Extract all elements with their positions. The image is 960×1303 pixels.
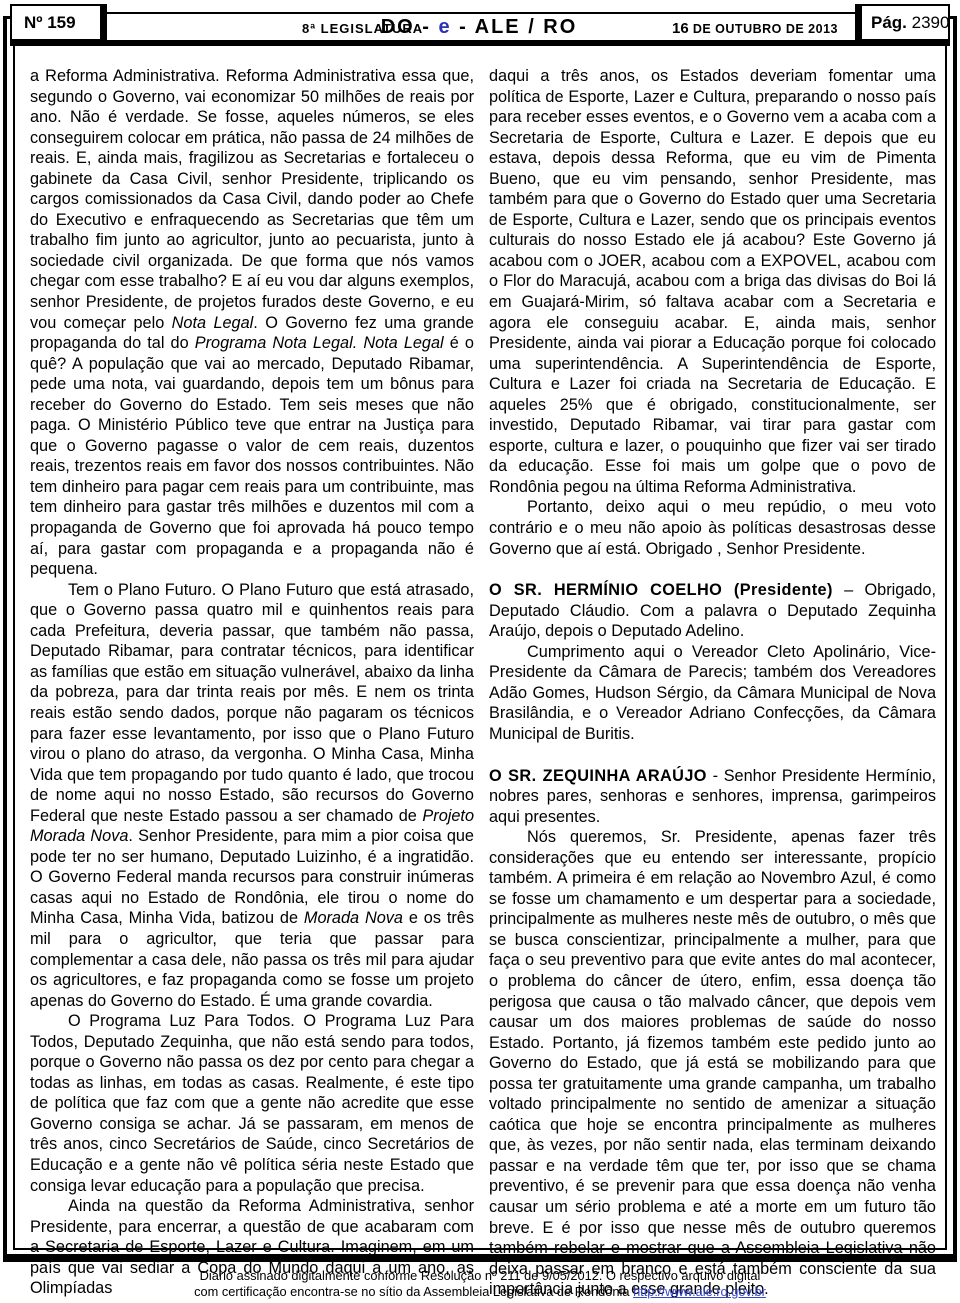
paragraph: Tem o Plano Futuro. O Plano Futuro que e…	[30, 580, 474, 1011]
text-run: Portanto, deixo aqui o meu repúdio, o me…	[489, 498, 936, 557]
masthead-e-letter: e	[438, 16, 451, 38]
issue-date: 16 DE OUTUBRO DE 2013	[672, 20, 838, 38]
text-run: Tem o Plano Futuro. O Plano Futuro que e…	[30, 581, 474, 825]
footer-line-1: Diário assinado digitalmente conforme Re…	[0, 1268, 960, 1284]
text-run: O Programa Luz Para Todos. O Programa Lu…	[30, 1012, 474, 1194]
text-run: Nós queremos, Sr. Presidente, apenas faz…	[489, 828, 936, 1298]
header-band: 8ª LEGISLATURA DO - e - ALE / RO 16 DE O…	[96, 12, 862, 46]
speaker-name: O SR. HERMÍNIO COELHO (Presidente)	[489, 581, 833, 599]
ale-website-link[interactable]: http://www.ale.ro.gov.br	[633, 1284, 766, 1299]
paragraph: Cumprimento aqui o Vereador Cleto Apolin…	[489, 642, 936, 745]
speaker-paragraph: O SR. HERMÍNIO COELHO (Presidente) – Obr…	[489, 580, 936, 642]
text-run: Morada Nova	[304, 909, 403, 927]
text-run: Cumprimento aqui o Vereador Cleto Apolin…	[489, 643, 936, 743]
footer-signature-note: Diário assinado digitalmente conforme Re…	[0, 1268, 960, 1300]
paragraph: Nós queremos, Sr. Presidente, apenas faz…	[489, 827, 936, 1300]
footer-line-2: com certificação encontra-se no sítio da…	[0, 1284, 960, 1300]
text-column-right: daqui a três anos, os Estados deveriam f…	[489, 66, 936, 1300]
masthead-title: DO - e - ALE / RO	[381, 16, 578, 39]
text-column-left: a Reforma Administrativa. Reforma Admini…	[30, 66, 474, 1299]
text-run: daqui a três anos, os Estados deveriam f…	[489, 67, 936, 496]
paragraph: O Programa Luz Para Todos. O Programa Lu…	[30, 1011, 474, 1196]
paragraph: a Reforma Administrativa. Reforma Admini…	[30, 66, 474, 580]
speaker-paragraph: O SR. ZEQUINHA ARAÚJO - Senhor President…	[489, 766, 936, 828]
text-run: é o quê? A população que vai ao mercado,…	[30, 334, 474, 578]
paragraph: daqui a três anos, os Estados deveriam f…	[489, 66, 936, 497]
paragraph: Portanto, deixo aqui o meu repúdio, o me…	[489, 497, 936, 559]
text-run: Programa Nota Legal. Nota Legal	[195, 334, 444, 352]
text-run: Nota Legal	[172, 314, 254, 332]
page-number: 2390	[907, 13, 950, 33]
speaker-name: O SR. ZEQUINHA ARAÚJO	[489, 767, 707, 785]
page-number-box: Pág. 2390	[855, 4, 950, 46]
issue-number-box: Nº 159	[10, 4, 107, 46]
issue-number: Nº 159	[24, 13, 76, 33]
text-run: a Reforma Administrativa. Reforma Admini…	[30, 67, 474, 332]
page-label: Pág.	[871, 13, 907, 33]
